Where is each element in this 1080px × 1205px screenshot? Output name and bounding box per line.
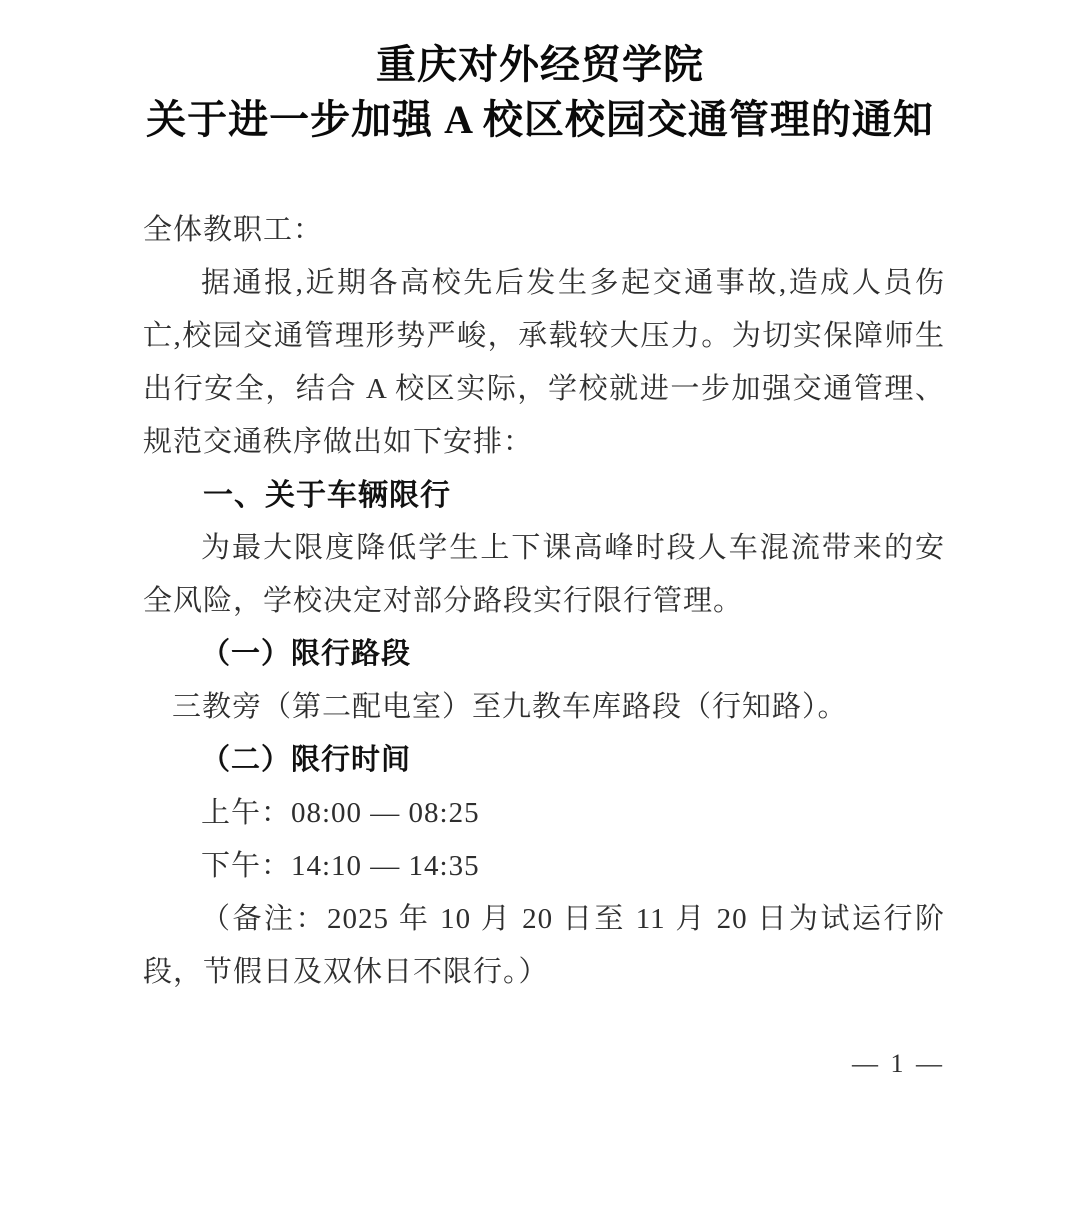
time-morning: 上午：08:00 — 08:25 [143, 787, 945, 840]
subsection-2-heading: （二）限行时间 [143, 734, 945, 787]
salutation: 全体教职工： [143, 204, 945, 257]
document-page: 重庆对外经贸学院 关于进一步加强 A 校区校园交通管理的通知 全体教职工： 据通… [0, 0, 1080, 1205]
document-title-block: 重庆对外经贸学院 关于进一步加强 A 校区校园交通管理的通知 [0, 0, 1080, 147]
title-line-2: 关于进一步加强 A 校区校园交通管理的通知 [0, 92, 1080, 147]
document-body: 全体教职工： 据通报,近期各高校先后发生多起交通事故,造成人员伤亡,校园交通管理… [143, 204, 945, 999]
trial-period-note: （备注：2025 年 10 月 20 日至 11 月 20 日为试运行阶段，节假… [143, 893, 945, 999]
section-1-paragraph: 为最大限度降低学生上下课高峰时段人车混流带来的安全风险，学校决定对部分路段实行限… [143, 522, 945, 628]
title-line-1: 重庆对外经贸学院 [0, 37, 1080, 92]
subsection-1-heading: （一）限行路段 [143, 628, 945, 681]
time-afternoon: 下午：14:10 — 14:35 [143, 840, 945, 893]
intro-paragraph: 据通报,近期各高校先后发生多起交通事故,造成人员伤亡,校园交通管理形势严峻，承载… [143, 257, 945, 469]
restricted-road-text: 三教旁（第二配电室）至九教车库路段（行知路）。 [143, 681, 945, 734]
page-footer: — 1 — [143, 1049, 945, 1079]
section-1-heading: 一、关于车辆限行 [143, 469, 945, 522]
page-number: — 1 — [852, 1049, 945, 1078]
